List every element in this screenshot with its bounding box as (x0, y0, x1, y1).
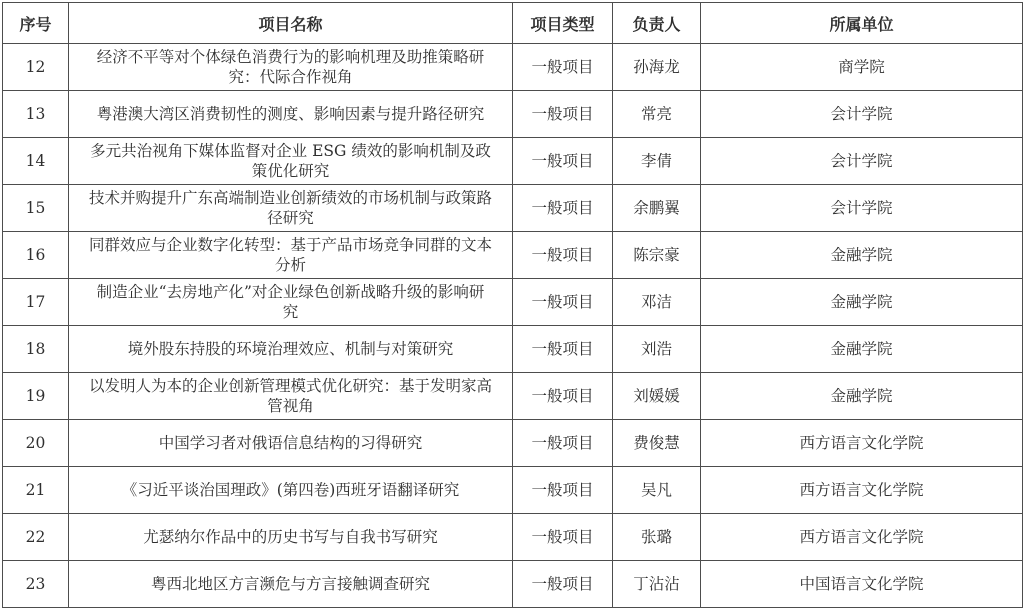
cell-project-name: 多元共治视角下媒体监督对企业 ESG 绩效的影响机制及政策优化研究 (69, 138, 513, 185)
cell-index: 18 (3, 326, 69, 373)
cell-project-type: 一般项目 (513, 232, 613, 279)
table-header: 序号 项目名称 项目类型 负责人 所属单位 (3, 3, 1023, 44)
table-row: 23 粤西北地区方言濒危与方言接触调查研究 一般项目 丁沾沾 中国语言文化学院 (3, 561, 1023, 588)
cell-unit: 商学院 (701, 44, 1023, 91)
cell-project-type: 一般项目 (513, 561, 613, 588)
cell-project-type: 一般项目 (513, 326, 613, 373)
cell-project-name: 境外股东持股的环境治理效应、机制与对策研究 (69, 326, 513, 373)
cell-index: 17 (3, 279, 69, 326)
cell-leader: 孙海龙 (613, 44, 701, 91)
cell-project-name: 同群效应与企业数字化转型：基于产品市场竞争同群的文本分析 (69, 232, 513, 279)
table-row: 12 经济不平等对个体绿色消费行为的影响机理及助推策略研究：代际合作视角 一般项… (3, 44, 1023, 91)
cell-leader: 刘浩 (613, 326, 701, 373)
table-row: 18 境外股东持股的环境治理效应、机制与对策研究 一般项目 刘浩 金融学院 (3, 326, 1023, 373)
header-row: 序号 项目名称 项目类型 负责人 所属单位 (3, 3, 1023, 44)
table-row: 14 多元共治视角下媒体监督对企业 ESG 绩效的影响机制及政策优化研究 一般项… (3, 138, 1023, 185)
cell-project-type: 一般项目 (513, 279, 613, 326)
cell-unit: 金融学院 (701, 326, 1023, 373)
cell-leader: 李倩 (613, 138, 701, 185)
cell-unit: 中国语言文化学院 (701, 561, 1023, 588)
col-header-index: 序号 (3, 3, 69, 44)
cell-project-type: 一般项目 (513, 91, 613, 138)
cell-unit: 金融学院 (701, 279, 1023, 326)
cell-project-type: 一般项目 (513, 373, 613, 420)
cell-leader: 丁沾沾 (613, 561, 701, 588)
cell-project-type: 一般项目 (513, 467, 613, 514)
cell-index: 13 (3, 91, 69, 138)
cell-leader: 余鹏翼 (613, 185, 701, 232)
table-row: 13 粤港澳大湾区消费韧性的测度、影响因素与提升路径研究 一般项目 常亮 会计学… (3, 91, 1023, 138)
col-header-unit: 所属单位 (701, 3, 1023, 44)
table-row: 20 中国学习者对俄语信息结构的习得研究 一般项目 费俊慧 西方语言文化学院 (3, 420, 1023, 467)
table-row: 15 技术并购提升广东高端制造业创新绩效的市场机制与政策路径研究 一般项目 余鹏… (3, 185, 1023, 232)
table-row: 21 《习近平谈治国理政》(第四卷)西班牙语翻译研究 一般项目 吴凡 西方语言文… (3, 467, 1023, 514)
cell-index: 23 (3, 561, 69, 588)
cell-project-type: 一般项目 (513, 185, 613, 232)
cell-unit: 会计学院 (701, 91, 1023, 138)
cell-leader: 刘媛媛 (613, 373, 701, 420)
cell-leader: 费俊慧 (613, 420, 701, 467)
cell-leader: 吴凡 (613, 467, 701, 514)
cell-unit: 金融学院 (701, 232, 1023, 279)
cell-unit: 金融学院 (701, 373, 1023, 420)
cell-leader: 邓洁 (613, 279, 701, 326)
cell-unit: 会计学院 (701, 185, 1023, 232)
cell-index: 16 (3, 232, 69, 279)
cell-project-type: 一般项目 (513, 138, 613, 185)
cell-leader: 常亮 (613, 91, 701, 138)
cell-index: 12 (3, 44, 69, 91)
cell-project-type: 一般项目 (513, 420, 613, 467)
cell-unit: 西方语言文化学院 (701, 420, 1023, 467)
cell-index: 21 (3, 467, 69, 514)
cell-project-name: 《习近平谈治国理政》(第四卷)西班牙语翻译研究 (69, 467, 513, 514)
col-header-project-name: 项目名称 (69, 3, 513, 44)
cell-index: 20 (3, 420, 69, 467)
cell-unit: 会计学院 (701, 138, 1023, 185)
col-header-leader: 负责人 (613, 3, 701, 44)
cell-leader: 陈宗豪 (613, 232, 701, 279)
cell-project-name: 中国学习者对俄语信息结构的习得研究 (69, 420, 513, 467)
cell-project-name: 制造企业“去房地产化”对企业绿色创新战略升级的影响研究 (69, 279, 513, 326)
cell-project-name: 经济不平等对个体绿色消费行为的影响机理及助推策略研究：代际合作视角 (69, 44, 513, 91)
cell-leader: 张璐 (613, 514, 701, 561)
cell-index: 15 (3, 185, 69, 232)
cell-project-name: 技术并购提升广东高端制造业创新绩效的市场机制与政策路径研究 (69, 185, 513, 232)
table-row: 22 尤瑟纳尔作品中的历史书写与自我书写研究 一般项目 张璐 西方语言文化学院 (3, 514, 1023, 561)
cell-project-name: 粤港澳大湾区消费韧性的测度、影响因素与提升路径研究 (69, 91, 513, 138)
project-list-table: 序号 项目名称 项目类型 负责人 所属单位 12 经济不平等对个体绿色消费行为的… (2, 2, 1023, 587)
cell-index: 19 (3, 373, 69, 420)
table-row: 16 同群效应与企业数字化转型：基于产品市场竞争同群的文本分析 一般项目 陈宗豪… (3, 232, 1023, 279)
cell-project-name: 以发明人为本的企业创新管理模式优化研究：基于发明家高管视角 (69, 373, 513, 420)
cell-project-name: 尤瑟纳尔作品中的历史书写与自我书写研究 (69, 514, 513, 561)
project-table-body: 12 经济不平等对个体绿色消费行为的影响机理及助推策略研究：代际合作视角 一般项… (3, 44, 1023, 588)
document-page: 序号 项目名称 项目类型 负责人 所属单位 12 经济不平等对个体绿色消费行为的… (2, 2, 1023, 587)
cell-index: 14 (3, 138, 69, 185)
cell-project-name: 粤西北地区方言濒危与方言接触调查研究 (69, 561, 513, 588)
cell-project-type: 一般项目 (513, 44, 613, 91)
cell-unit: 西方语言文化学院 (701, 514, 1023, 561)
cell-index: 22 (3, 514, 69, 561)
cell-unit: 西方语言文化学院 (701, 467, 1023, 514)
table-row: 19 以发明人为本的企业创新管理模式优化研究：基于发明家高管视角 一般项目 刘媛… (3, 373, 1023, 420)
table-row: 17 制造企业“去房地产化”对企业绿色创新战略升级的影响研究 一般项目 邓洁 金… (3, 279, 1023, 326)
cell-project-type: 一般项目 (513, 514, 613, 561)
col-header-project-type: 项目类型 (513, 3, 613, 44)
